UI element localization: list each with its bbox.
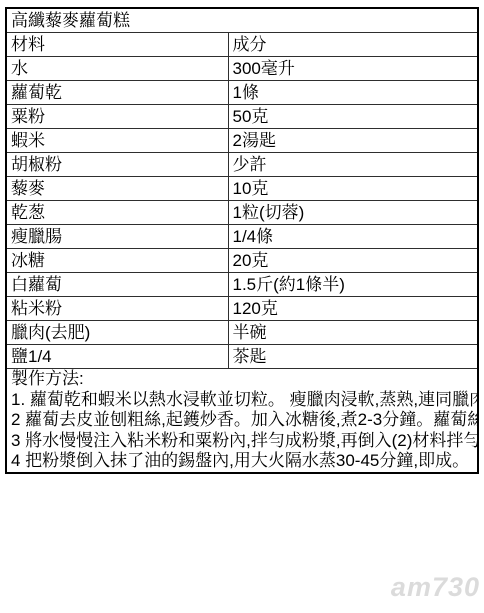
- instructions-cell: 製作方法: 1. 蘿蔔乾和蝦米以熱水浸軟並切粒。 瘦臘肉浸軟,蒸熟,連同臘肉切粒…: [6, 369, 478, 473]
- amount-cell: 10克: [228, 177, 478, 201]
- watermark: am730: [391, 572, 480, 603]
- table-row: 蘿蔔乾1條: [6, 81, 478, 105]
- amount-cell: 半碗: [228, 321, 478, 345]
- amount-cell: 1/4條: [228, 225, 478, 249]
- instructions-heading: 製作方法:: [11, 369, 473, 390]
- ingredient-cell: 水: [6, 57, 228, 81]
- ingredient-cell: 鹽1/4: [6, 345, 228, 369]
- recipe-table: 高纖藜麥蘿蔔糕 材料 成分 水300毫升蘿蔔乾1條粟粉50克蝦米2湯匙胡椒粉少許…: [5, 7, 479, 474]
- table-row: 鹽1/4茶匙: [6, 345, 478, 369]
- ingredient-cell: 藜麥: [6, 177, 228, 201]
- amount-cell: 120克: [228, 297, 478, 321]
- ingredient-cell: 臘肉(去肥): [6, 321, 228, 345]
- column-header-ingredient: 材料: [6, 33, 228, 57]
- amount-cell: 20克: [228, 249, 478, 273]
- table-row: 藜麥10克: [6, 177, 478, 201]
- table-row: 水300毫升: [6, 57, 478, 81]
- recipe-page: am730 高纖藜麥蘿蔔糕 材料 成分 水300毫升蘿蔔乾1條粟粉50克蝦米2湯…: [0, 0, 484, 613]
- ingredient-cell: 瘦臘腸: [6, 225, 228, 249]
- table-row: 瘦臘腸1/4條: [6, 225, 478, 249]
- recipe-title: 高纖藜麥蘿蔔糕: [6, 8, 478, 33]
- title-row: 高纖藜麥蘿蔔糕: [6, 8, 478, 33]
- table-row: 臘肉(去肥)半碗: [6, 321, 478, 345]
- table-row: 白蘿蔔1.5斤(約1條半): [6, 273, 478, 297]
- ingredient-cell: 冰糖: [6, 249, 228, 273]
- ingredient-cell: 粘米粉: [6, 297, 228, 321]
- table-row: 冰糖20克: [6, 249, 478, 273]
- instruction-step: 1. 蘿蔔乾和蝦米以熱水浸軟並切粒。 瘦臘肉浸軟,蒸熟,連同臘肉切粒。乾葱蓉起鑊…: [11, 390, 473, 411]
- table-row: 乾葱1粒(切蓉): [6, 201, 478, 225]
- table-row: 粘米粉120克: [6, 297, 478, 321]
- header-row: 材料 成分: [6, 33, 478, 57]
- table-row: 胡椒粉少許: [6, 153, 478, 177]
- ingredient-cell: 乾葱: [6, 201, 228, 225]
- ingredient-cell: 蘿蔔乾: [6, 81, 228, 105]
- instructions-row: 製作方法: 1. 蘿蔔乾和蝦米以熱水浸軟並切粒。 瘦臘肉浸軟,蒸熟,連同臘肉切粒…: [6, 369, 478, 473]
- amount-cell: 50克: [228, 105, 478, 129]
- instruction-step: 4 把粉漿倒入抹了油的錫盤內,用大火隔水蒸30-45分鐘,即成。: [11, 451, 473, 472]
- ingredient-cell: 粟粉: [6, 105, 228, 129]
- amount-cell: 1粒(切蓉): [228, 201, 478, 225]
- ingredient-rows: 水300毫升蘿蔔乾1條粟粉50克蝦米2湯匙胡椒粉少許藜麥10克乾葱1粒(切蓉)瘦…: [6, 57, 478, 369]
- ingredient-cell: 胡椒粉: [6, 153, 228, 177]
- column-header-amount: 成分: [228, 33, 478, 57]
- instruction-step: 2 蘿蔔去皮並刨粗絲,起鑊炒香。加入冰糖後,煮2-3分鐘。蘿蔔絲再加入(1)已爆…: [11, 410, 473, 431]
- amount-cell: 1.5斤(約1條半): [228, 273, 478, 297]
- ingredient-cell: 白蘿蔔: [6, 273, 228, 297]
- amount-cell: 300毫升: [228, 57, 478, 81]
- amount-cell: 2湯匙: [228, 129, 478, 153]
- amount-cell: 少許: [228, 153, 478, 177]
- amount-cell: 1條: [228, 81, 478, 105]
- table-row: 蝦米2湯匙: [6, 129, 478, 153]
- instruction-step: 3 將水慢慢注入粘米粉和粟粉內,拌勻成粉漿,再倒入(2)材料拌勻。: [11, 431, 473, 452]
- ingredient-cell: 蝦米: [6, 129, 228, 153]
- instruction-steps: 1. 蘿蔔乾和蝦米以熱水浸軟並切粒。 瘦臘肉浸軟,蒸熟,連同臘肉切粒。乾葱蓉起鑊…: [11, 390, 473, 472]
- amount-cell: 茶匙: [228, 345, 478, 369]
- table-row: 粟粉50克: [6, 105, 478, 129]
